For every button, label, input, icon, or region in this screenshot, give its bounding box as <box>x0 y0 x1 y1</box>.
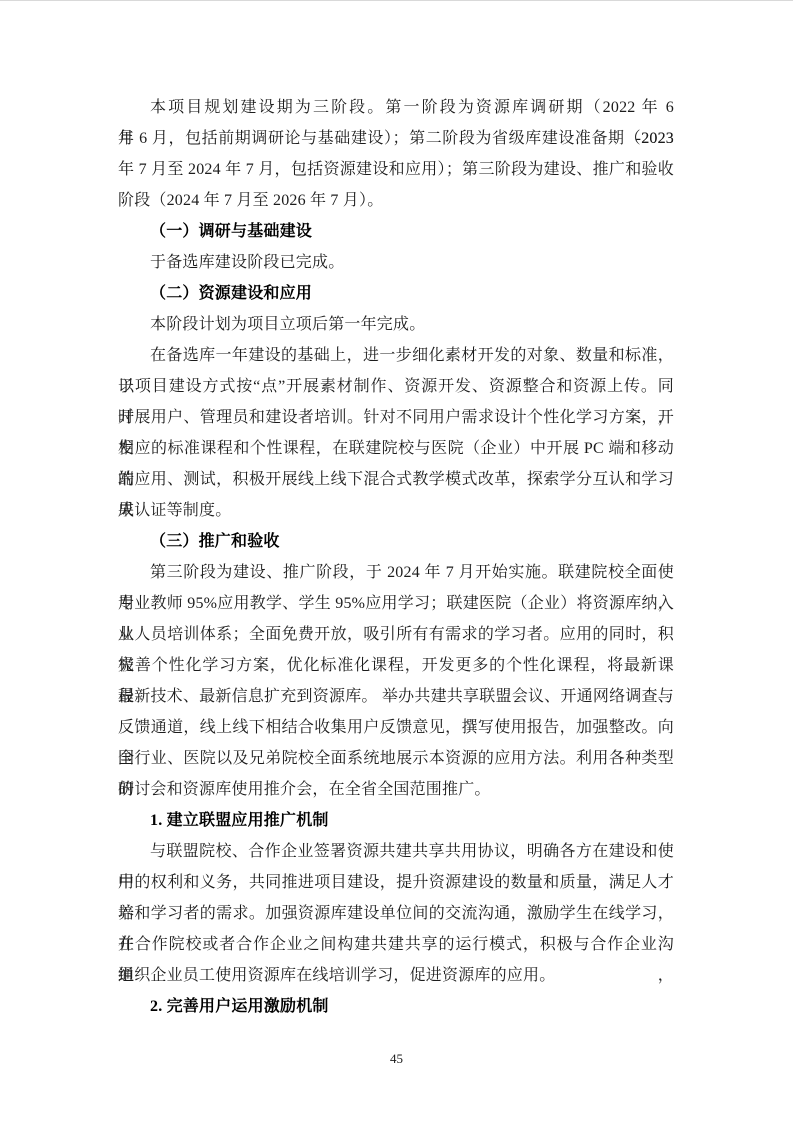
page-number: 45 <box>0 1050 793 1068</box>
body-text-line: 于备选库建设阶段已完成。 <box>118 247 674 278</box>
body-text-line: 本项目规划建设期为三阶段。第一阶段为资源库调研期（2022 年 6 月-2023 <box>118 92 674 123</box>
body-text-line: 在备选库一年建设的基础上，进一步细化素材开发的对象、数量和标准，以 <box>118 340 674 371</box>
subsection-heading-3: （三）推广和验收 <box>118 526 674 557</box>
body-text-line: 年 6 月，包括前期调研论与基础建设）；第二阶段为省级库建设准备期（2023 <box>118 123 674 154</box>
body-text-line: 开展用户、管理员和建设者培训。针对不同用户需求设计个性化学习方案，开发 <box>118 402 674 433</box>
document-page: 本项目规划建设期为三阶段。第一阶段为资源库调研期（2022 年 6 月-2023… <box>0 0 793 1122</box>
body-text-line: 的应用、测试，积极开展线上线下混合式教学模式改革，探索学分互认和学习成 <box>118 464 674 495</box>
body-text-line: 最新技术、最新信息扩充到资源库。 举办共建共享联盟会议、开通网络调查与 <box>118 681 674 712</box>
body-text-line: 业人员培训体系；全面免费开放，吸引所有有需求的学习者。应用的同时，积极 <box>118 619 674 650</box>
body-text-line: 阶段（2024 年 7 月至 2026 年 7 月）。 <box>118 185 674 216</box>
body-text-line: 研讨会和资源库使用推介会，在全省全国范围推广。 <box>118 774 674 805</box>
body-text-line: 反馈通道，线上线下相结合收集用户反馈意见，撰写使用报告，加强整改。向全 <box>118 712 674 743</box>
body-text-line: 子项目建设方式按“点”开展素材制作、资源开发、资源整合和资源上传。同时， <box>118 371 674 402</box>
subsection-heading-1: （一）调研与基础建设 <box>118 216 674 247</box>
body-text-line: 相应的标准课程和个性课程，在联建院校与医院（企业）中开展 PC 端和移动端 <box>118 433 674 464</box>
body-text-line: 本阶段计划为项目立项后第一年完成。 <box>118 309 674 340</box>
body-text-line: 在合作院校或者合作企业之间构建共建共享的运行模式，积极与合作企业沟通， <box>118 929 674 960</box>
body-text-line: 第三阶段为建设、推广阶段，于 2024 年 7 月开始实施。联建院校全面使用， <box>118 557 674 588</box>
body-text-line: 国行业、医院以及兄弟院校全面系统地展示本资源的应用方法。利用各种类型的 <box>118 743 674 774</box>
body-text-line: 年 7 月至 2024 年 7 月，包括资源建设和应用）；第三阶段为建设、推广和… <box>118 154 674 185</box>
subsection-heading-2: （二）资源建设和应用 <box>118 278 674 309</box>
page-top-border <box>0 0 793 1</box>
body-text-line: 中的权利和义务，共同推进项目建设，提升资源建设的数量和质量，满足人才培 <box>118 867 674 898</box>
body-text-line: 果认证等制度。 <box>118 495 674 526</box>
body-text-line: 与联盟院校、合作企业签署资源共建共享共用协议，明确各方在建设和使用 <box>118 836 674 867</box>
numbered-heading-1: 1. 建立联盟应用推广机制 <box>118 805 674 836</box>
numbered-heading-2: 2. 完善用户运用激励机制 <box>118 991 674 1022</box>
body-text-line: 养和学习者的需求。加强资源库建设单位间的交流沟通，激励学生在线学习，并 <box>118 898 674 929</box>
body-text-line: 完善个性化学习方案，优化标准化课程，开发更多的个性化课程，将最新课程、 <box>118 650 674 681</box>
document-body: 本项目规划建设期为三阶段。第一阶段为资源库调研期（2022 年 6 月-2023… <box>118 92 674 1022</box>
body-text-line: 专业教师 95%应用教学、学生 95%应用学习；联建医院（企业）将资源库纳入从 <box>118 588 674 619</box>
